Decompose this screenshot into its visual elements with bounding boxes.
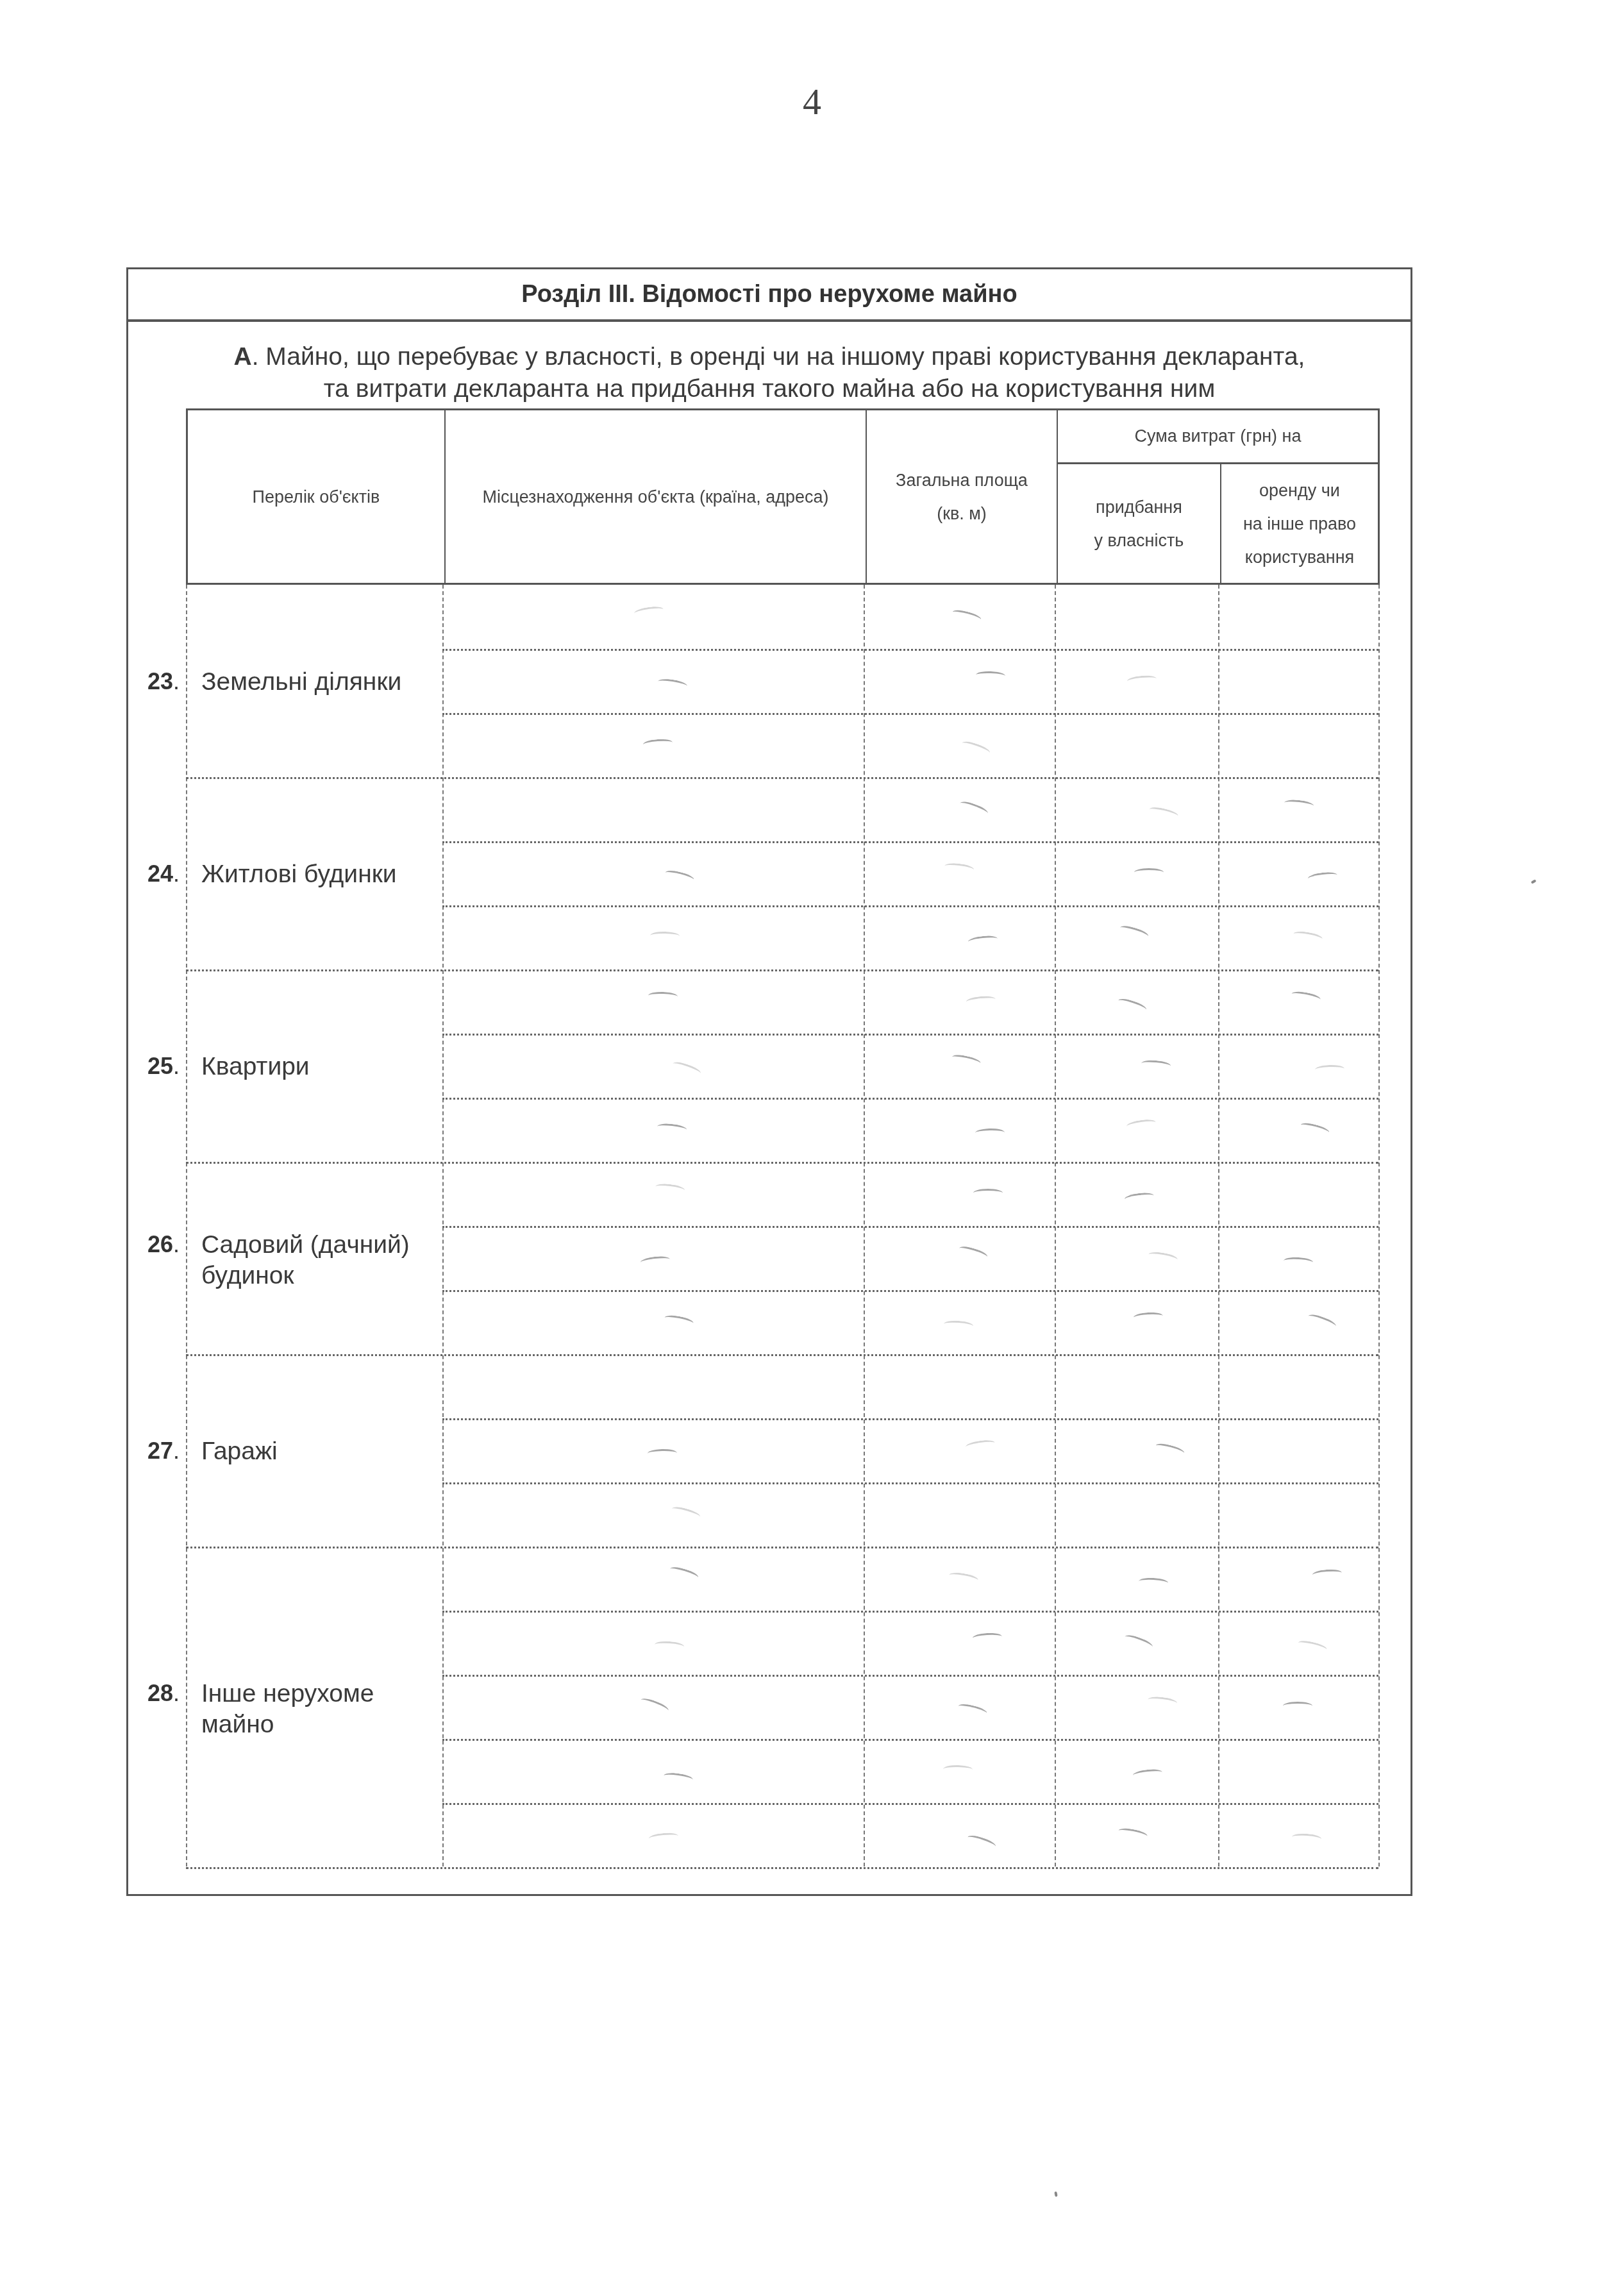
cell-purchase[interactable]: [1055, 713, 1218, 777]
cell-rent[interactable]: [1218, 1739, 1378, 1803]
section-27: 27.Гаражі: [186, 1354, 1380, 1547]
header-purchase-line-1: придбання: [1096, 491, 1182, 524]
cell-area[interactable]: [864, 1482, 1055, 1547]
cell-rent[interactable]: [1218, 1675, 1378, 1739]
dash-mark: [1291, 990, 1321, 1004]
cell-area[interactable]: [864, 905, 1055, 969]
dash-mark: [1138, 1577, 1168, 1587]
cell-location[interactable]: [442, 713, 864, 777]
cell-area[interactable]: [864, 1675, 1055, 1739]
section-number: 25.: [131, 1053, 180, 1080]
cell-location[interactable]: [442, 1739, 864, 1803]
cell-location[interactable]: [442, 1675, 864, 1739]
dash-mark: [1307, 871, 1337, 883]
cell-rent[interactable]: [1218, 585, 1378, 649]
cell-location[interactable]: [442, 1162, 864, 1226]
dash-mark: [669, 1565, 699, 1582]
dash-mark: [1155, 1441, 1185, 1457]
cell-area[interactable]: [864, 969, 1055, 1034]
cell-rent[interactable]: [1218, 1162, 1378, 1226]
header-expenses-group: Сума витрат (грн) на: [1057, 410, 1378, 464]
dash-mark: [966, 995, 996, 1006]
section-label: Гаражі: [201, 1436, 432, 1467]
dash-mark: [973, 1632, 1003, 1642]
dash-mark: [951, 1053, 982, 1067]
header-objects: Перелік об'єктів: [188, 410, 444, 583]
cell-purchase[interactable]: [1055, 1098, 1218, 1162]
cell-location[interactable]: [442, 1611, 864, 1675]
cell-location[interactable]: [442, 1354, 864, 1418]
dash-mark: [671, 1060, 702, 1077]
section-24: 24.Житлові будинки: [186, 777, 1380, 969]
page-number: 4: [0, 80, 1624, 123]
cell-purchase[interactable]: [1055, 777, 1218, 841]
row-divider: [442, 713, 1378, 715]
dash-mark: [976, 671, 1005, 680]
dash-mark: [1284, 799, 1314, 810]
dash-mark: [1148, 1250, 1178, 1264]
dash-mark: [654, 1640, 684, 1650]
cell-location[interactable]: [442, 1226, 864, 1290]
section-label: Земельні ділянки: [201, 667, 432, 698]
dash-mark: [1132, 1768, 1162, 1780]
dash-mark: [957, 1702, 988, 1718]
dash-mark: [965, 1439, 995, 1451]
row-divider: [442, 1098, 1378, 1100]
cell-purchase[interactable]: [1055, 1803, 1218, 1867]
dash-mark: [958, 1245, 989, 1261]
section-number: 26.: [131, 1231, 180, 1258]
table-header: Перелік об'єктів Місцезнаходження об'єкт…: [186, 408, 1380, 585]
row-divider: [442, 905, 1378, 907]
section-23: 23.Земельні ділянки: [186, 585, 1380, 777]
real-estate-table: Перелік об'єктів Місцезнаходження об'єкт…: [186, 408, 1380, 1866]
dash-mark: [1141, 1059, 1171, 1070]
cell-area[interactable]: [864, 1098, 1055, 1162]
dash-mark: [1307, 1313, 1337, 1330]
dash-mark: [1297, 1639, 1328, 1654]
dash-mark: [1134, 868, 1164, 876]
section-number: 24.: [131, 860, 180, 887]
dash-mark: [944, 862, 974, 874]
dash-mark: [1119, 924, 1150, 941]
cell-location[interactable]: [442, 1418, 864, 1482]
header-rent: оренду чи на інше право користування: [1220, 464, 1378, 583]
dash-mark: [671, 1505, 701, 1521]
header-area: Загальна площа (кв. м): [866, 410, 1057, 583]
dash-mark: [1126, 675, 1157, 685]
row-divider: [442, 841, 1378, 843]
row-divider: [442, 1418, 1378, 1420]
dash-mark: [973, 1189, 1003, 1197]
row-divider: [442, 1739, 1378, 1741]
cell-purchase[interactable]: [1055, 1418, 1218, 1482]
dash-mark: [943, 1765, 973, 1774]
dash-mark: [655, 1182, 685, 1195]
dash-mark: [1126, 1118, 1156, 1130]
dash-mark: [948, 1571, 979, 1584]
cell-rent[interactable]: [1218, 713, 1378, 777]
table-body: 23.Земельні ділянки24.Житлові будинки25.…: [186, 585, 1380, 1866]
cell-rent[interactable]: [1218, 1611, 1378, 1675]
cell-area[interactable]: [864, 1611, 1055, 1675]
cell-area[interactable]: [864, 1803, 1055, 1867]
dash-mark: [647, 1449, 676, 1458]
section-title: Розділ ІІІ. Відомості про нерухоме майно: [128, 269, 1411, 322]
dash-mark: [1124, 1191, 1154, 1204]
cell-rent[interactable]: [1218, 1290, 1378, 1354]
cell-location[interactable]: [442, 1034, 864, 1098]
cell-location[interactable]: [442, 969, 864, 1034]
row-divider: [442, 1803, 1378, 1805]
cell-purchase[interactable]: [1055, 1739, 1218, 1803]
cell-location[interactable]: [442, 585, 864, 649]
row-divider: [442, 1290, 1378, 1292]
cell-rent[interactable]: [1218, 777, 1378, 841]
cell-rent[interactable]: [1218, 1418, 1378, 1482]
cell-location[interactable]: [442, 649, 864, 713]
cell-location[interactable]: [442, 777, 864, 841]
section-label: Інше нерухомемайно: [201, 1679, 432, 1740]
dash-mark: [951, 608, 982, 623]
section-subtitle: А. Майно, що перебуває у власності, в ор…: [128, 341, 1411, 405]
header-rent-line-3: користування: [1245, 541, 1354, 574]
dash-mark: [639, 1696, 670, 1715]
dash-mark: [1118, 1827, 1148, 1841]
cell-purchase[interactable]: [1055, 1611, 1218, 1675]
subtitle-line-2: та витрати декларанта на придбання таког…: [128, 373, 1411, 405]
cell-purchase[interactable]: [1055, 905, 1218, 969]
dash-mark: [1283, 1702, 1312, 1710]
dash-mark: [657, 677, 687, 690]
dash-mark: [640, 1255, 670, 1267]
dash-mark: [1148, 805, 1179, 820]
header-area-line-1: Загальна площа: [896, 464, 1028, 497]
cell-rent[interactable]: [1218, 1482, 1378, 1547]
cell-location[interactable]: [442, 1290, 864, 1354]
cell-rent[interactable]: [1218, 969, 1378, 1034]
cell-rent[interactable]: [1218, 1226, 1378, 1290]
row-divider: [442, 1611, 1378, 1613]
dash-mark: [967, 935, 998, 946]
dash-mark: [633, 605, 664, 617]
cell-purchase[interactable]: [1055, 841, 1218, 905]
dash-mark: [664, 1314, 694, 1328]
cell-rent[interactable]: [1218, 1803, 1378, 1867]
section-label: Садовий (дачний)будинок: [201, 1230, 432, 1291]
cell-purchase[interactable]: [1055, 1162, 1218, 1226]
cell-area[interactable]: [864, 649, 1055, 713]
section-number: 23.: [131, 668, 180, 695]
cell-location[interactable]: [442, 1803, 864, 1867]
subtitle-letter: А: [234, 343, 252, 371]
section-divider: [186, 1867, 1378, 1869]
row-divider: [442, 1226, 1378, 1228]
cell-rent[interactable]: [1218, 841, 1378, 905]
header-area-line-2: (кв. м): [937, 497, 987, 530]
section-28: 28.Інше нерухомемайно: [186, 1547, 1380, 1867]
row-divider: [442, 1675, 1378, 1677]
cell-purchase[interactable]: [1055, 1034, 1218, 1098]
cell-location[interactable]: [442, 905, 864, 969]
row-divider: [442, 1034, 1378, 1036]
cell-area[interactable]: [864, 1547, 1055, 1611]
dash-mark: [648, 1832, 678, 1843]
section-25: 25.Квартири: [186, 969, 1380, 1162]
cell-rent[interactable]: [1218, 649, 1378, 713]
cell-location[interactable]: [442, 1098, 864, 1162]
header-purchase: придбання у власність: [1057, 464, 1220, 583]
cell-purchase[interactable]: [1055, 1547, 1218, 1611]
dash-mark: [642, 738, 673, 748]
cell-rent[interactable]: [1218, 905, 1378, 969]
section-26: 26.Садовий (дачний)будинок: [186, 1162, 1380, 1354]
stray-mark: [1531, 879, 1537, 884]
dash-mark: [944, 1320, 974, 1330]
cell-area[interactable]: [864, 585, 1055, 649]
cell-rent[interactable]: [1218, 1034, 1378, 1098]
dash-mark: [966, 1833, 997, 1850]
cell-area[interactable]: [864, 777, 1055, 841]
dash-mark: [1117, 996, 1148, 1014]
dash-mark: [1147, 1695, 1177, 1707]
section-label: Квартири: [201, 1052, 432, 1082]
dash-mark: [663, 1772, 693, 1784]
dash-mark: [1284, 1257, 1314, 1266]
dash-mark: [1315, 1064, 1344, 1074]
cell-rent[interactable]: [1218, 1098, 1378, 1162]
dash-mark: [958, 800, 989, 818]
cell-rent[interactable]: [1218, 1547, 1378, 1611]
cell-area[interactable]: [864, 1290, 1055, 1354]
cell-area[interactable]: [864, 1162, 1055, 1226]
dash-mark: [1133, 1312, 1163, 1321]
cell-purchase[interactable]: [1055, 969, 1218, 1034]
cell-location[interactable]: [442, 1547, 864, 1611]
header-rent-line-1: оренду чи: [1259, 474, 1340, 507]
cell-purchase[interactable]: [1055, 1290, 1218, 1354]
cell-location[interactable]: [442, 1482, 864, 1547]
dash-mark: [657, 1123, 687, 1134]
dash-mark: [649, 932, 679, 941]
dash-mark: [960, 739, 991, 757]
cell-rent[interactable]: [1218, 1354, 1378, 1418]
dash-mark: [1312, 1568, 1343, 1579]
cell-area[interactable]: [864, 841, 1055, 905]
cell-purchase[interactable]: [1055, 585, 1218, 649]
stray-mark: [1054, 2192, 1057, 2197]
header-purchase-line-2: у власність: [1094, 524, 1184, 557]
dash-mark: [1292, 1833, 1322, 1843]
cell-purchase[interactable]: [1055, 1354, 1218, 1418]
dash-mark: [1123, 1633, 1154, 1651]
dash-mark: [1300, 1121, 1330, 1136]
row-divider: [442, 1482, 1378, 1484]
header-rent-line-2: на інше право: [1243, 507, 1356, 541]
cell-purchase[interactable]: [1055, 1675, 1218, 1739]
subtitle-text-1: . Майно, що перебуває у власності, в оре…: [252, 343, 1305, 371]
cell-area[interactable]: [864, 713, 1055, 777]
dash-mark: [664, 869, 695, 884]
cell-purchase[interactable]: [1055, 1482, 1218, 1547]
cell-location[interactable]: [442, 841, 864, 905]
section-label: Житлові будинки: [201, 859, 432, 890]
row-divider: [442, 649, 1378, 651]
cell-area[interactable]: [864, 1739, 1055, 1803]
cell-area[interactable]: [864, 1418, 1055, 1482]
subtitle-line-1: А. Майно, що перебуває у власності, в ор…: [128, 341, 1411, 373]
section-number: 27.: [131, 1438, 180, 1464]
cell-area[interactable]: [864, 1354, 1055, 1418]
cell-purchase[interactable]: [1055, 649, 1218, 713]
section-number: 28.: [131, 1680, 180, 1707]
cell-area[interactable]: [864, 1034, 1055, 1098]
dash-mark: [975, 1128, 1005, 1137]
header-location: Місцезнаходження об'єкта (країна, адреса…: [444, 410, 866, 583]
dash-mark: [1293, 930, 1323, 943]
dash-mark: [648, 991, 677, 1001]
cell-purchase[interactable]: [1055, 1226, 1218, 1290]
cell-area[interactable]: [864, 1226, 1055, 1290]
